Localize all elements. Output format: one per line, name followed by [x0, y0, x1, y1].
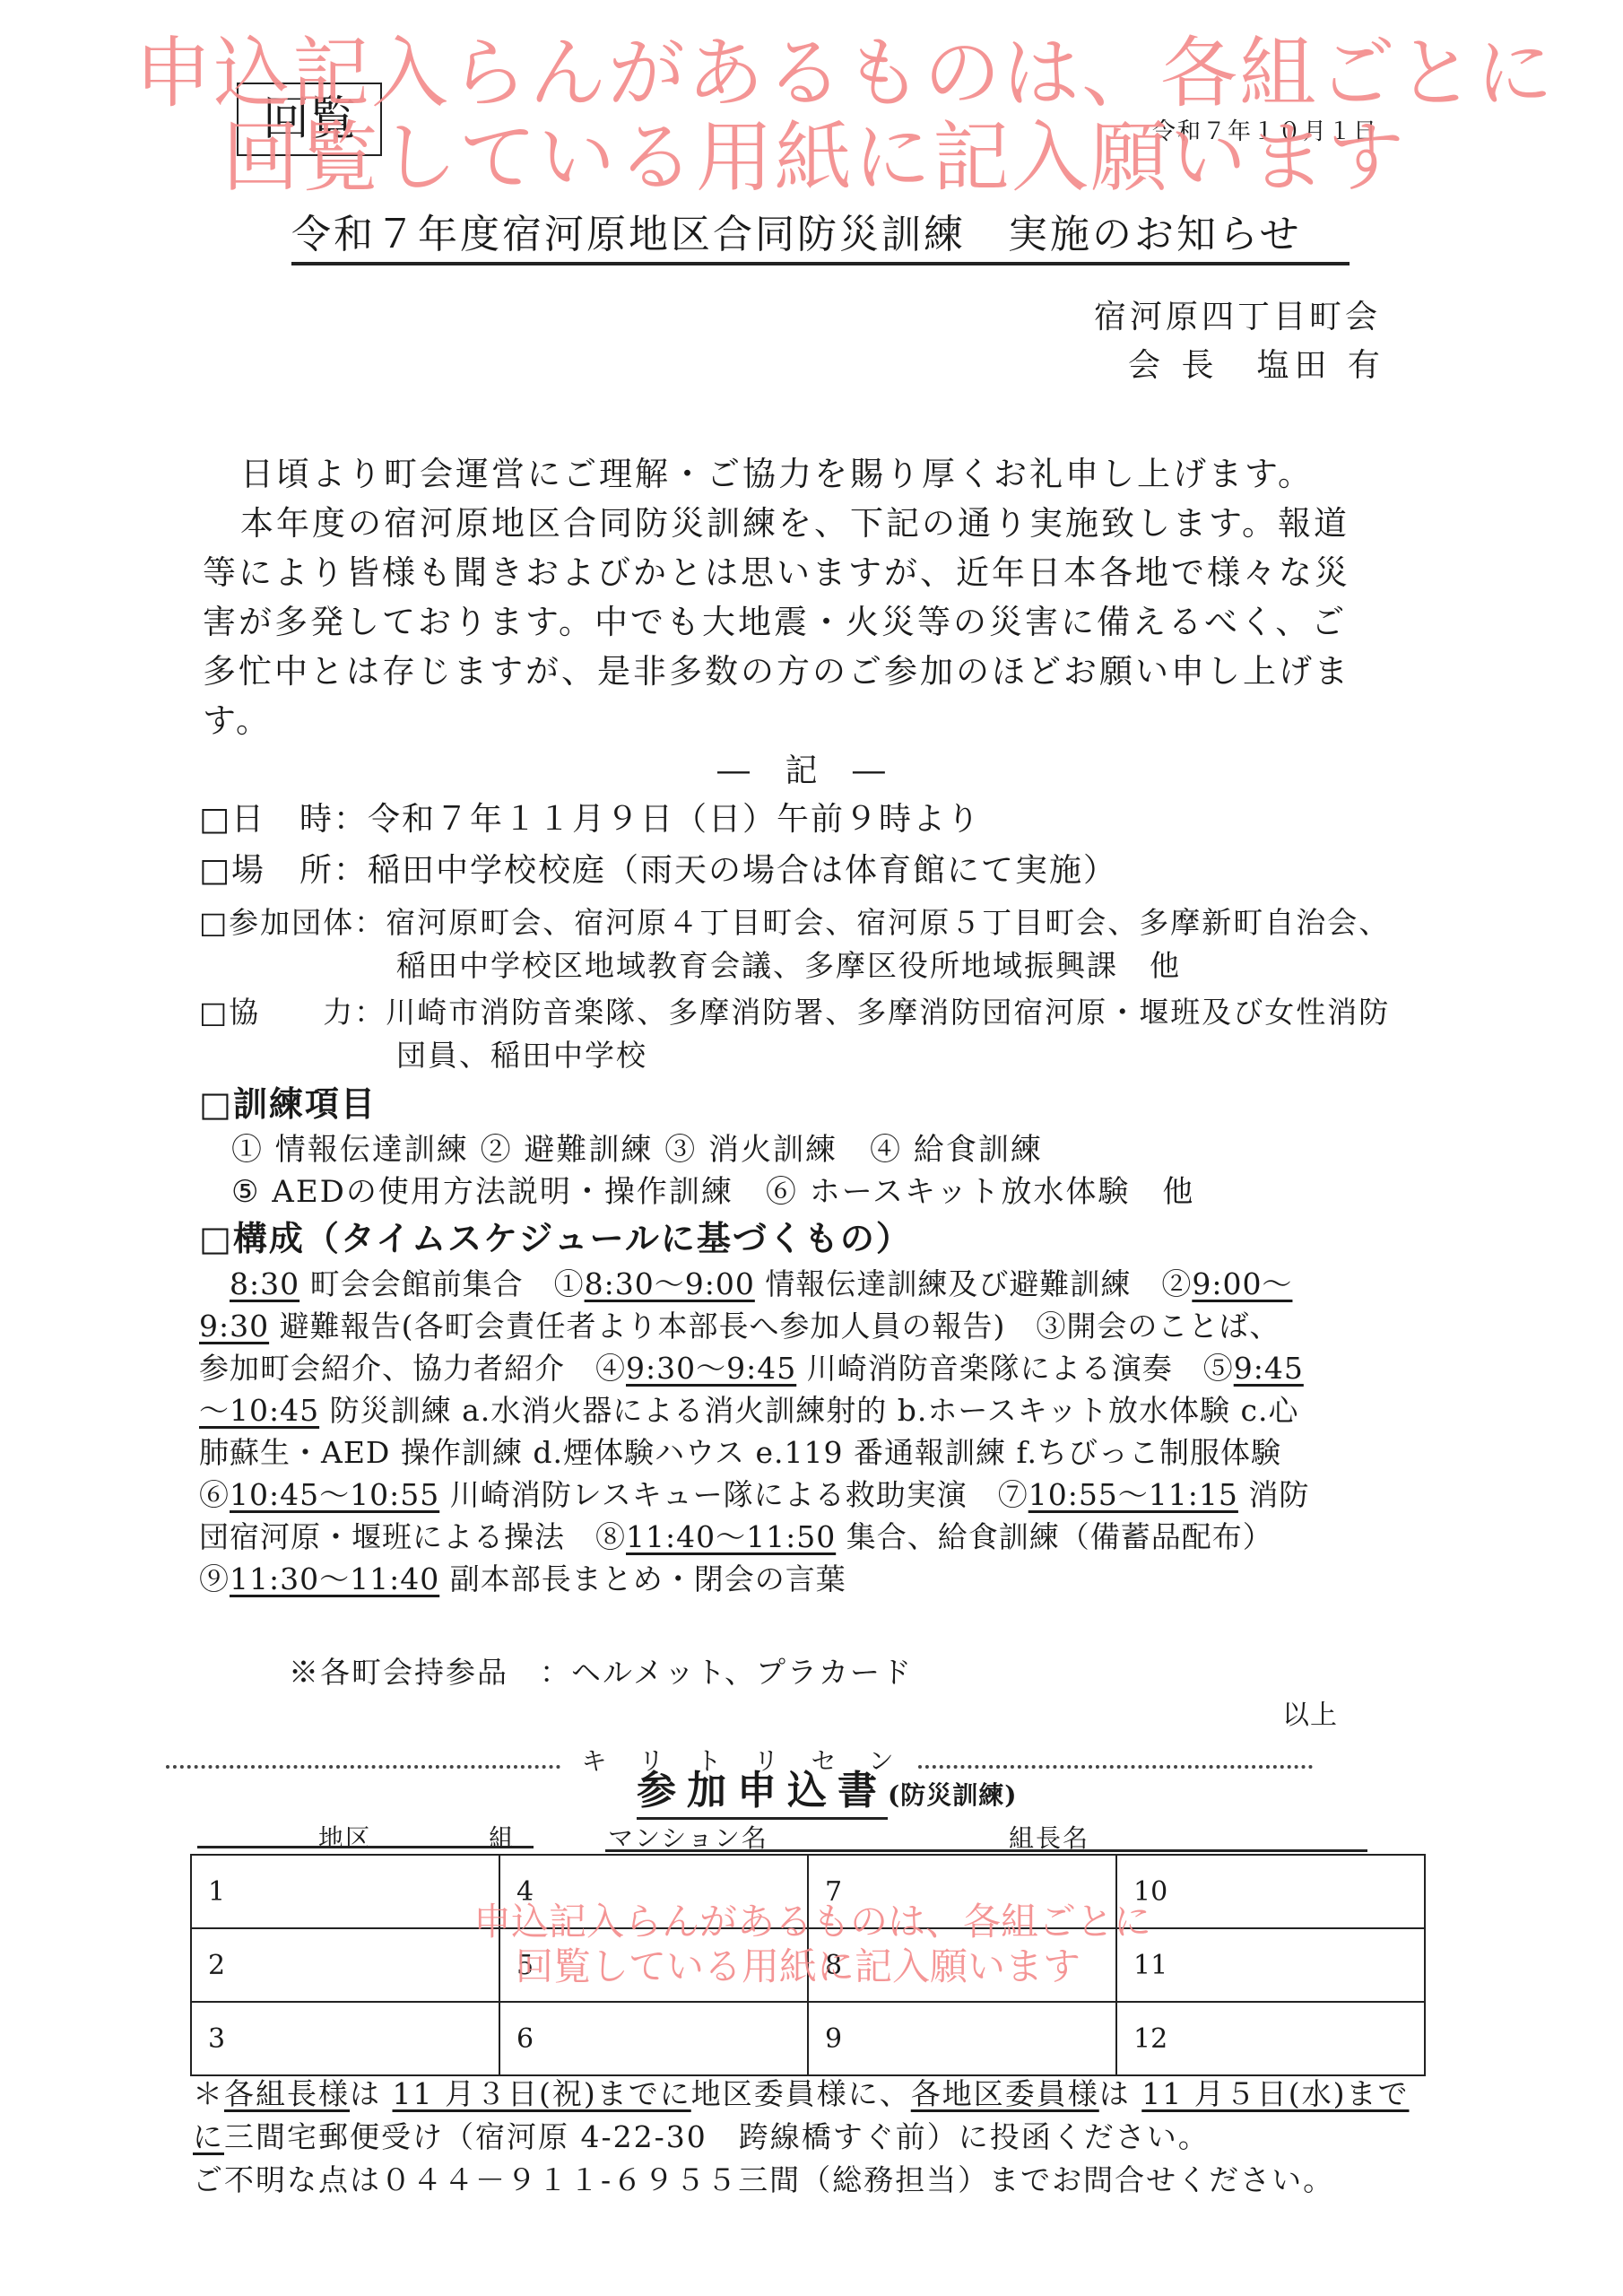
schedule-text: 防災訓練 a.水消火器による消火訓練射的 b.ホースキット放水体験 c.心 — [319, 1393, 1298, 1428]
page-title: 令和７年度宿河原地区合同防災訓練 実施のお知らせ — [291, 215, 1350, 265]
header-underline — [197, 1846, 534, 1848]
training-heading: □訓練項目 — [199, 1087, 377, 1121]
detail-label: □場 所： — [199, 852, 368, 889]
schedule-text: 集合、給食訓練（備蓄品配布） — [836, 1519, 1273, 1554]
table-cell[interactable]: 8 — [808, 1928, 1116, 2002]
issue-date: 令和７年１０月１日 — [1152, 113, 1378, 146]
schedule-text: ⑨ — [199, 1561, 230, 1596]
schedule-line: ⑥10:45～10:55 川崎消防レスキュー隊による救助実演 ⑦10:55～11… — [199, 1480, 1309, 1509]
detail-groups: □参加団体：宿河原町会、宿河原４丁目町会、宿河原５丁目町会、多摩新町自治会、 — [199, 908, 1390, 937]
underlined-time: 8:30～9:00 — [585, 1266, 755, 1301]
detail-label: □参加団体： — [199, 905, 386, 940]
form-title-main: 参加申込書 — [637, 1768, 888, 1820]
schedule-line: 8:30 町会会館前集合 ①8:30～9:00 情報伝達訓練及び避難訓練 ②9:… — [199, 1269, 1292, 1299]
table-cell[interactable]: 7 — [808, 1855, 1116, 1928]
schedule-text: 肺蘇生・AED 操作訓練 d.煙体験ハウス e.119 番通報訓練 f.ちびっこ… — [199, 1435, 1281, 1470]
detail-datetime: □日 時：令和７年１１月９日（日）午前９時より — [199, 804, 981, 836]
underlined-time: 11:30～11:40 — [230, 1561, 439, 1596]
dotted-line — [166, 1756, 560, 1769]
detail-place: □場 所：稲田中学校校庭（雨天の場合は体育館にて実施） — [199, 855, 1117, 887]
watermark-line-2: 回覧している用紙に記入願います — [222, 95, 1406, 206]
detail-label: □日 時： — [199, 801, 368, 838]
underlined-time: 各地区委員様 — [911, 2076, 1099, 2111]
schedule-text: 三間宅郵便受け（宿河原 4-22-30 跨線橋すぐ前）に投函ください。 — [224, 2119, 1210, 2154]
intro-line: 等により皆様も聞きおよびかとは思いますが、近年日本各地で様々な災 — [203, 556, 1350, 589]
table-cell[interactable]: 4 — [499, 1855, 808, 1928]
chairperson-name: 会 長 塩田 有 — [1128, 350, 1385, 382]
underlined-time: 9:30～9:45 — [626, 1351, 796, 1386]
intro-line: 多忙中とは存じますが、是非多数の方のご参加のほどお願い申し上げま — [203, 655, 1350, 688]
schedule-text: 避難報告(各町会責任者より本部長へ参加人員の報告) ③開会のことば、 — [269, 1309, 1280, 1344]
header-underline — [605, 1849, 1367, 1852]
underlined-time: 11 月３日(祝)までに — [393, 2076, 691, 2111]
schedule-line: 肺蘇生・AED 操作訓練 d.煙体験ハウス e.119 番通報訓練 f.ちびっこ… — [199, 1438, 1281, 1467]
schedule-line: 9:30 避難報告(各町会責任者より本部長へ参加人員の報告) ③開会のことば、 — [199, 1311, 1280, 1341]
underlined-time: 11 月５日(水)まで — [1141, 2076, 1409, 2111]
form-title-sub: (防災訓練) — [888, 1780, 1018, 1810]
contact-note: ご不明な点は０４４－９１１-６９５５三間（総務担当）までお問合せください。 — [193, 2165, 1334, 2195]
table-cell[interactable]: 11 — [1116, 1928, 1425, 2002]
table-cell[interactable]: 6 — [499, 2002, 808, 2075]
detail-value: 稲田中学校校庭（雨天の場合は体育館にて実施） — [368, 852, 1117, 889]
schedule-text: 川崎消防音楽隊による演奏 ⑤ — [796, 1351, 1234, 1386]
table-cell[interactable]: 5 — [499, 1928, 808, 2002]
intro-line: 本年度の宿河原地区合同防災訓練を、下記の通り実施致します。報道 — [240, 507, 1350, 540]
schedule-line: ⑨11:30～11:40 副本部長まとめ・閉会の言葉 — [199, 1564, 846, 1594]
underlined-time: に — [193, 2119, 224, 2154]
header-mansion: マンション名 — [608, 1826, 768, 1851]
underlined-time: 11:40～11:50 — [626, 1519, 836, 1554]
detail-value: 宿河原町会、宿河原４丁目町会、宿河原５丁目町会、多摩新町自治会、 — [386, 905, 1390, 940]
schedule-text: は — [350, 2076, 393, 2111]
underlined-time: 9:30 — [199, 1309, 269, 1344]
schedule-text: ⑥ — [199, 1477, 230, 1512]
detail-label: □協 力： — [199, 995, 386, 1030]
schedule-text — [199, 1266, 230, 1301]
table-cell[interactable]: 2 — [191, 1928, 499, 2002]
table-row: 1 4 7 10 — [191, 1855, 1425, 1928]
schedule-text: 消防 — [1238, 1477, 1310, 1512]
schedule-line: 参加町会紹介、協力者紹介 ④9:30～9:45 川崎消防音楽隊による演奏 ⑤9:… — [199, 1353, 1304, 1383]
application-table: 1 4 7 10 2 5 8 11 3 6 9 12 — [190, 1854, 1426, 2076]
circulation-stamp: 回覧 — [237, 83, 382, 156]
underlined-time: 10:55～11:15 — [1028, 1477, 1238, 1512]
intro-line: 害が多発しております。中でも大地震・火災等の災害に備えるべく、ご — [203, 605, 1347, 639]
underlined-time: 9:45 — [1234, 1351, 1304, 1386]
detail-groups-cont: 稲田中学校区地域教育会議、多摩区役所地域振興課 他 — [396, 951, 1181, 980]
submission-note: ＊各組長様は 11 月３日(祝)までに地区委員様に、各地区委員様は 11 月５日… — [193, 2079, 1409, 2109]
table-row: 3 6 9 12 — [191, 2002, 1425, 2075]
table-cell[interactable]: 3 — [191, 2002, 499, 2075]
schedule-text: 副本部長まとめ・閉会の言葉 — [439, 1561, 846, 1596]
schedule-text: ＊ — [193, 2076, 224, 2111]
table-cell[interactable]: 10 — [1116, 1855, 1425, 1928]
training-items-line: ① 情報伝達訓練 ② 避難訓練 ③ 消火訓練 ④ 給食訓練 — [231, 1135, 1043, 1165]
schedule-text: 川崎消防レスキュー隊による救助実演 ⑦ — [439, 1477, 1028, 1512]
underlined-time: 9:00～ — [1192, 1266, 1292, 1301]
schedule-text: 情報伝達訓練及び避難訓練 ② — [755, 1266, 1193, 1301]
table-cell[interactable]: 1 — [191, 1855, 499, 1928]
dotted-line — [918, 1756, 1313, 1769]
schedule-text: 町会会館前集合 ① — [299, 1266, 585, 1301]
underlined-time: 8:30 — [230, 1266, 299, 1301]
detail-cooperation: □協 力：川崎市消防音楽隊、多摩消防署、多摩消防団宿河原・堰班及び女性消防 — [199, 997, 1390, 1027]
schedule-line: ～10:45 防災訓練 a.水消火器による消火訓練射的 b.ホースキット放水体験… — [199, 1396, 1299, 1425]
closing-word: 以上 — [1282, 1702, 1338, 1729]
ki-heading: ― 記 ― — [717, 755, 898, 787]
table-cell[interactable]: 12 — [1116, 2002, 1425, 2075]
underlined-time: 各組長様 — [224, 2076, 350, 2111]
detail-value: 川崎市消防音楽隊、多摩消防署、多摩消防団宿河原・堰班及び女性消防 — [386, 995, 1390, 1030]
table-cell[interactable]: 9 — [808, 2002, 1116, 2075]
intro-line: 日頃より町会運営にご理解・ご協力を賜り厚くお礼申し上げます。 — [240, 457, 1314, 491]
schedule-text: 参加町会紹介、協力者紹介 ④ — [199, 1351, 626, 1386]
submission-note: に三間宅郵便受け（宿河原 4-22-30 跨線橋すぐ前）に投函ください。 — [193, 2122, 1210, 2152]
header-leader: 組長名 — [1009, 1826, 1089, 1851]
underlined-time: 10:45～10:55 — [230, 1477, 439, 1512]
form-title: 参加申込書(防災訓練) — [637, 1771, 1018, 1811]
schedule-text: は — [1099, 2076, 1142, 2111]
bring-items: ※各町会持参品 ：ヘルメット、プラカード — [289, 1657, 913, 1687]
detail-cooperation-cont: 団員、稲田中学校 — [396, 1040, 647, 1070]
schedule-line: 団宿河原・堰班による操法 ⑧11:40～11:50 集合、給食訓練（備蓄品配布） — [199, 1522, 1273, 1552]
training-items-line: ⑤ AEDの使用方法説明・操作訓練 ⑥ ホースキット放水体験 他 — [231, 1177, 1194, 1207]
organization-name: 宿河原四丁目町会 — [1094, 301, 1381, 334]
schedule-heading: □構成（タイムスケジュールに基づくもの） — [199, 1222, 912, 1256]
underlined-time: ～10:45 — [199, 1393, 319, 1428]
intro-line: す。 — [203, 704, 272, 737]
table-row: 2 5 8 11 — [191, 1928, 1425, 2002]
detail-value: 令和７年１１月９日（日）午前９時より — [368, 801, 981, 838]
schedule-text: 団宿河原・堰班による操法 ⑧ — [199, 1519, 626, 1554]
schedule-text: 地区委員様に、 — [691, 2076, 911, 2111]
